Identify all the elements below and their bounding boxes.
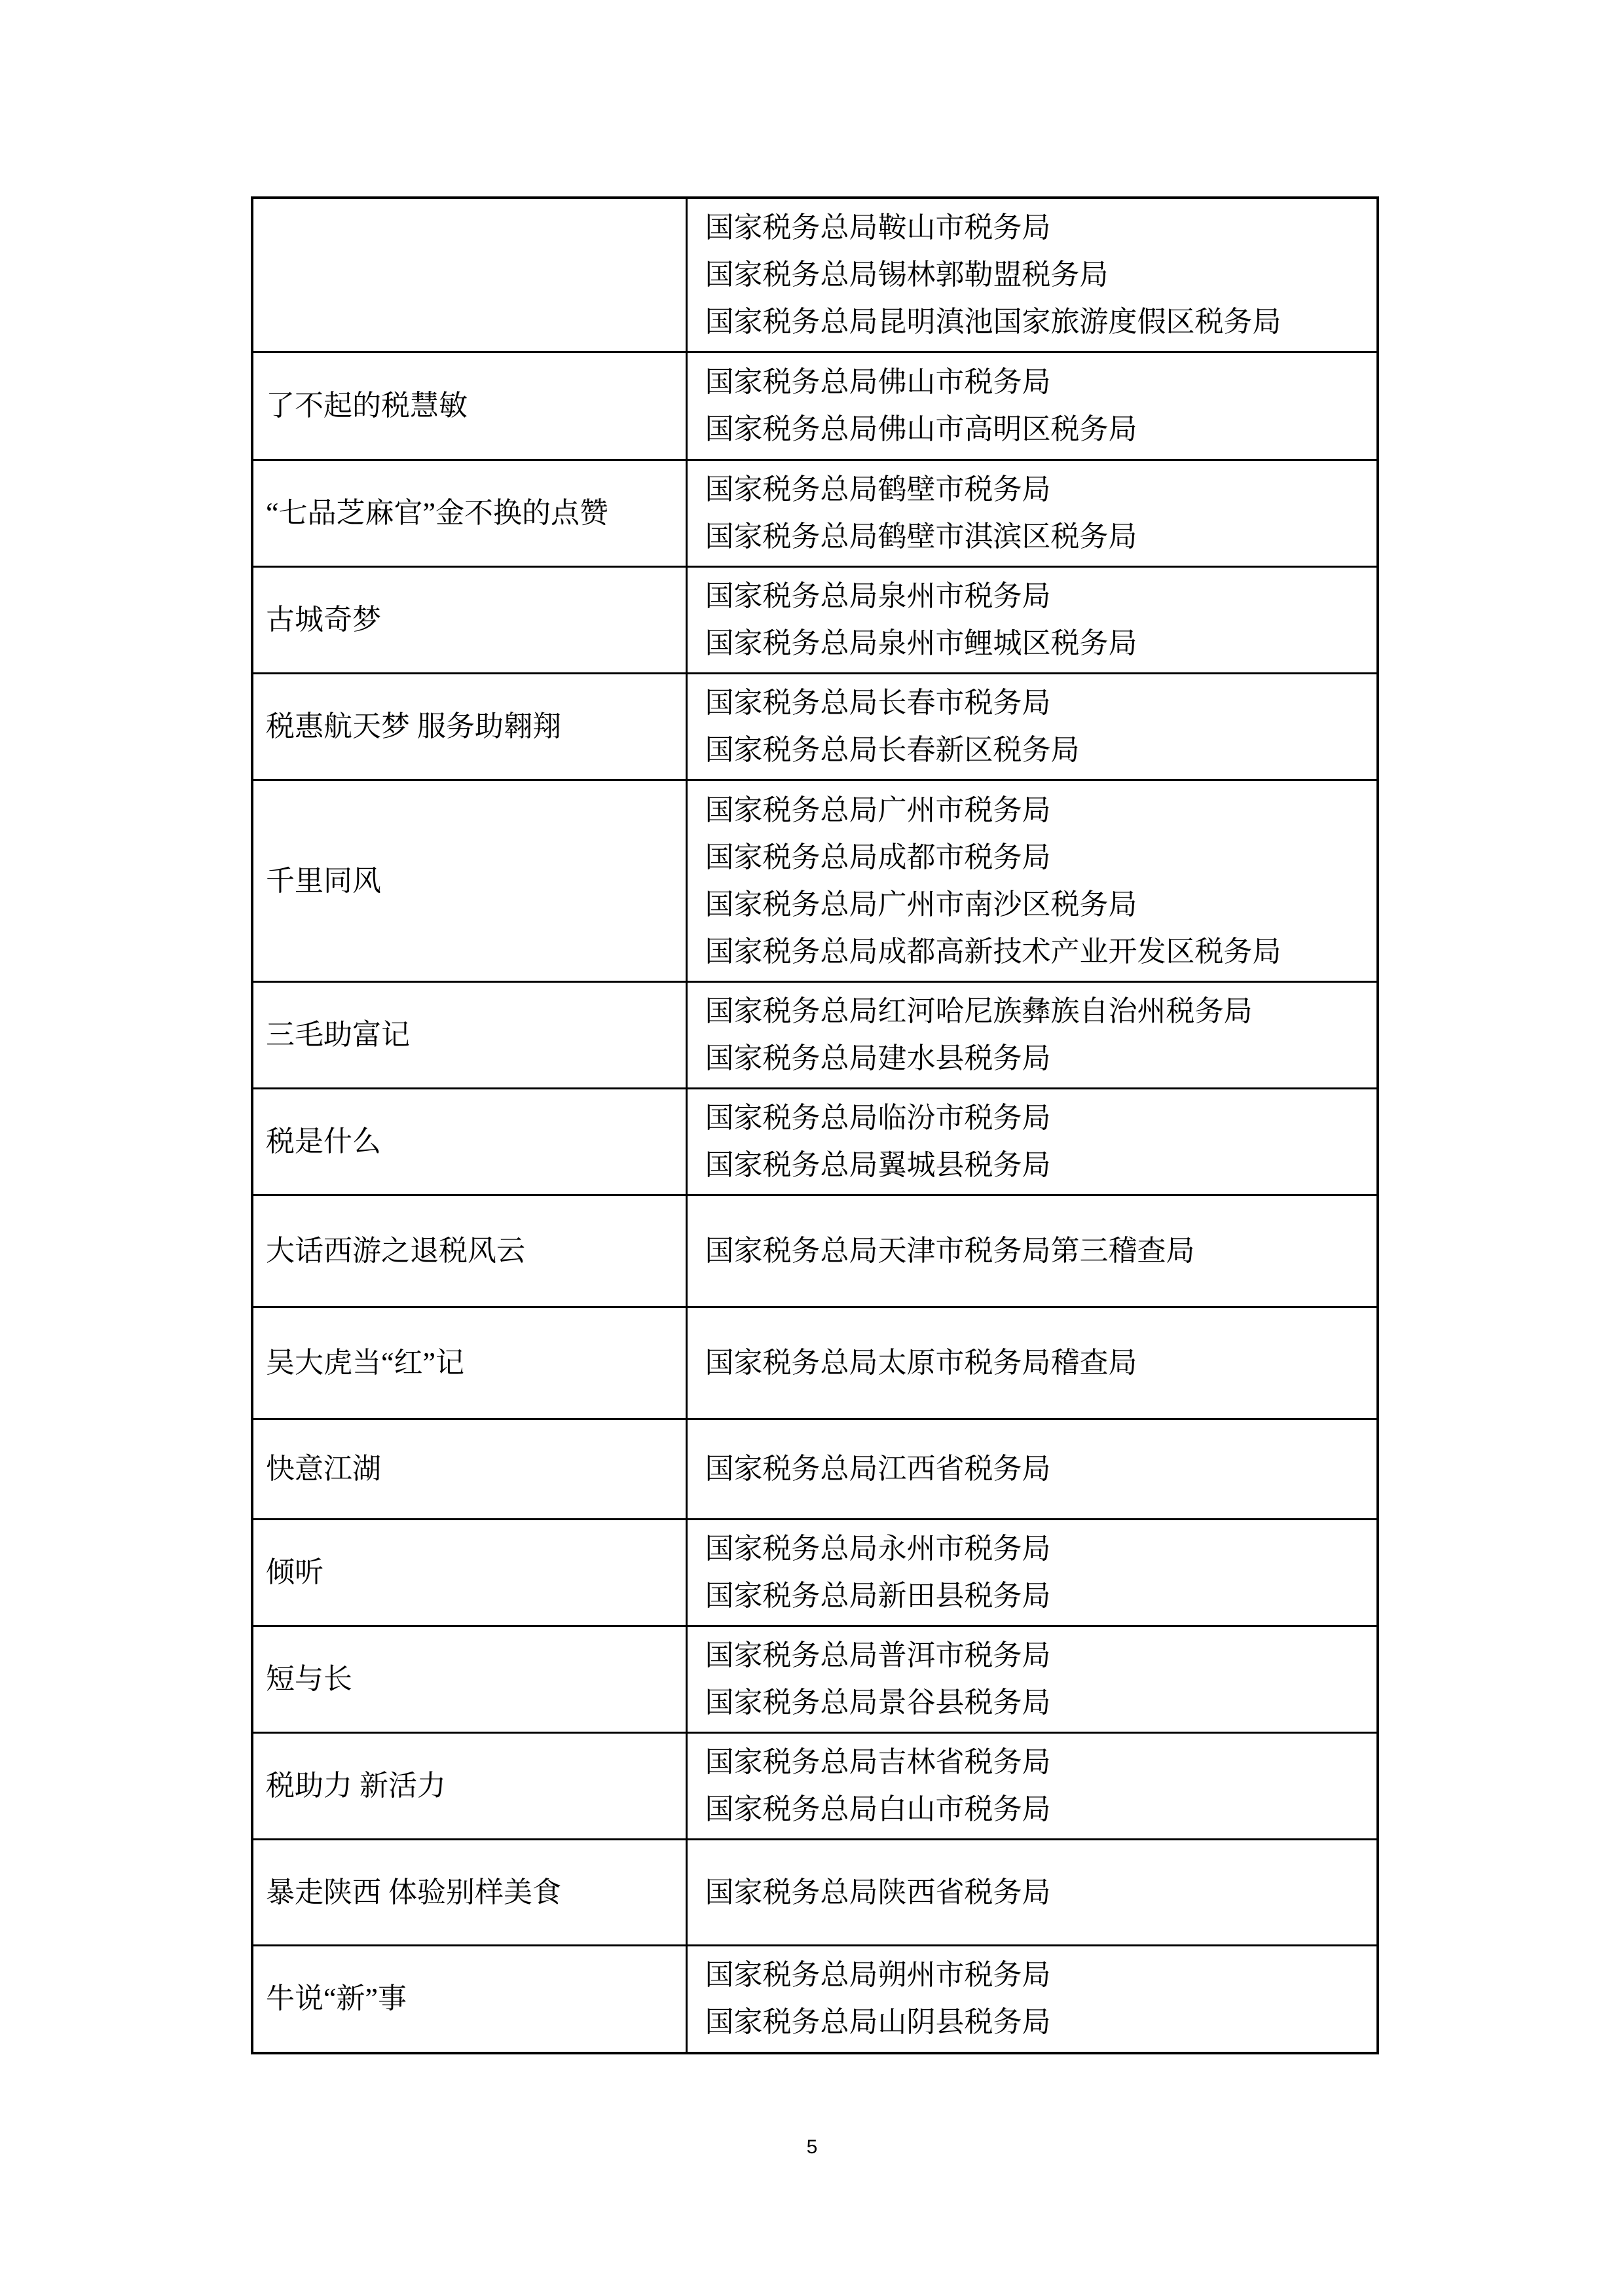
work-title-cell: 吴大虎当“红”记: [252, 1307, 686, 1419]
work-title: 倾听: [266, 1549, 623, 1596]
agency-cell: 国家税务总局佛山市税务局国家税务总局佛山市高明区税务局: [686, 352, 1378, 460]
work-title: 千里同风: [266, 858, 623, 905]
table-row: 古城奇梦国家税务总局泉州市税务局国家税务总局泉州市鲤城区税务局: [252, 567, 1378, 674]
agency-name: 国家税务总局太原市税务局稽查局: [705, 1339, 1364, 1387]
agency-cell: 国家税务总局天津市税务局第三稽查局: [686, 1195, 1378, 1307]
work-title: 暴走陕西 体验别样美食: [266, 1869, 623, 1916]
work-title: 税惠航天梦 服务助翱翔: [266, 703, 623, 750]
document-page: 国家税务总局鞍山市税务局国家税务总局锡林郭勒盟税务局国家税务总局昆明滇池国家旅游…: [0, 0, 1624, 2296]
work-title-cell: 古城奇梦: [252, 567, 686, 674]
work-title-cell: “七品芝麻官”金不换的点赞: [252, 460, 686, 567]
agency-name: 国家税务总局景谷县税务局: [705, 1679, 1364, 1726]
work-title-cell: 暴走陕西 体验别样美食: [252, 1840, 686, 1946]
work-title-cell: 千里同风: [252, 780, 686, 982]
table-row: “七品芝麻官”金不换的点赞国家税务总局鹤壁市税务局国家税务总局鹤壁市淇滨区税务局: [252, 460, 1378, 567]
table-row: 暴走陕西 体验别样美食国家税务总局陕西省税务局: [252, 1840, 1378, 1946]
table-row: 税惠航天梦 服务助翱翔国家税务总局长春市税务局国家税务总局长春新区税务局: [252, 674, 1378, 780]
agency-cell: 国家税务总局吉林省税务局国家税务总局白山市税务局: [686, 1733, 1378, 1840]
table-row: 大话西游之退税风云国家税务总局天津市税务局第三稽查局: [252, 1195, 1378, 1307]
agency-name: 国家税务总局白山市税务局: [705, 1786, 1364, 1833]
work-title: 大话西游之退税风云: [266, 1228, 623, 1275]
agency-name: 国家税务总局泉州市税务局: [705, 573, 1364, 620]
agency-name: 国家税务总局永州市税务局: [705, 1525, 1364, 1573]
agency-cell: 国家税务总局泉州市税务局国家税务总局泉州市鲤城区税务局: [686, 567, 1378, 674]
agency-cell: 国家税务总局陕西省税务局: [686, 1840, 1378, 1946]
work-title-cell: 税助力 新活力: [252, 1733, 686, 1840]
work-title: 了不起的税慧敏: [266, 382, 623, 429]
agency-name: 国家税务总局佛山市税务局: [705, 359, 1364, 406]
table-row: 国家税务总局鞍山市税务局国家税务总局锡林郭勒盟税务局国家税务总局昆明滇池国家旅游…: [252, 198, 1378, 352]
agency-name: 国家税务总局广州市南沙区税务局: [705, 881, 1364, 928]
agency-cell: 国家税务总局广州市税务局国家税务总局成都市税务局国家税务总局广州市南沙区税务局国…: [686, 780, 1378, 982]
agency-name: 国家税务总局锡林郭勒盟税务局: [705, 251, 1364, 299]
agency-name: 国家税务总局长春新区税务局: [705, 727, 1364, 774]
agency-name: 国家税务总局普洱市税务局: [705, 1632, 1364, 1679]
work-title: 短与长: [266, 1656, 623, 1703]
agency-name: 国家税务总局泉州市鲤城区税务局: [705, 620, 1364, 667]
work-title: 税助力 新活力: [266, 1762, 623, 1810]
agency-name: 国家税务总局山阴县税务局: [705, 1999, 1364, 2046]
award-table-body: 国家税务总局鞍山市税务局国家税务总局锡林郭勒盟税务局国家税务总局昆明滇池国家旅游…: [252, 198, 1378, 2053]
table-row: 了不起的税慧敏国家税务总局佛山市税务局国家税务总局佛山市高明区税务局: [252, 352, 1378, 460]
agency-name: 国家税务总局佛山市高明区税务局: [705, 406, 1364, 453]
agency-name: 国家税务总局临汾市税务局: [705, 1095, 1364, 1142]
table-row: 千里同风国家税务总局广州市税务局国家税务总局成都市税务局国家税务总局广州市南沙区…: [252, 780, 1378, 982]
agency-name: 国家税务总局广州市税务局: [705, 787, 1364, 834]
agency-name: 国家税务总局鞍山市税务局: [705, 204, 1364, 251]
page-number: 5: [0, 2133, 1624, 2162]
table-row: 短与长国家税务总局普洱市税务局国家税务总局景谷县税务局: [252, 1626, 1378, 1733]
agency-name: 国家税务总局长春市税务局: [705, 680, 1364, 727]
table-row: 牛说“新”事国家税务总局朔州市税务局国家税务总局山阴县税务局: [252, 1946, 1378, 2053]
work-title-cell: 短与长: [252, 1626, 686, 1733]
work-title-cell: 快意江湖: [252, 1419, 686, 1520]
table-row: 吴大虎当“红”记国家税务总局太原市税务局稽查局: [252, 1307, 1378, 1419]
agency-cell: 国家税务总局红河哈尼族彝族自治州税务局国家税务总局建水县税务局: [686, 982, 1378, 1089]
agency-name: 国家税务总局陕西省税务局: [705, 1869, 1364, 1916]
work-title: 税是什么: [266, 1118, 623, 1165]
agency-name: 国家税务总局昆明滇池国家旅游度假区税务局: [705, 299, 1364, 346]
work-title-cell: 三毛助富记: [252, 982, 686, 1089]
agency-name: 国家税务总局成都市税务局: [705, 834, 1364, 881]
agency-cell: 国家税务总局朔州市税务局国家税务总局山阴县税务局: [686, 1946, 1378, 2053]
agency-name: 国家税务总局鹤壁市税务局: [705, 466, 1364, 513]
table-row: 倾听国家税务总局永州市税务局国家税务总局新田县税务局: [252, 1520, 1378, 1626]
work-title-cell: 税惠航天梦 服务助翱翔: [252, 674, 686, 780]
agency-cell: 国家税务总局江西省税务局: [686, 1419, 1378, 1520]
agency-name: 国家税务总局新田县税务局: [705, 1573, 1364, 1620]
work-title-cell: 牛说“新”事: [252, 1946, 686, 2053]
agency-cell: 国家税务总局普洱市税务局国家税务总局景谷县税务局: [686, 1626, 1378, 1733]
work-title-cell: 税是什么: [252, 1089, 686, 1195]
table-row: 税助力 新活力国家税务总局吉林省税务局国家税务总局白山市税务局: [252, 1733, 1378, 1840]
work-title: “七品芝麻官”金不换的点赞: [266, 490, 623, 537]
table-row: 三毛助富记国家税务总局红河哈尼族彝族自治州税务局国家税务总局建水县税务局: [252, 982, 1378, 1089]
work-title: 快意江湖: [266, 1446, 623, 1493]
agency-name: 国家税务总局红河哈尼族彝族自治州税务局: [705, 988, 1364, 1035]
agency-cell: 国家税务总局临汾市税务局国家税务总局翼城县税务局: [686, 1089, 1378, 1195]
agency-name: 国家税务总局江西省税务局: [705, 1446, 1364, 1493]
agency-cell: 国家税务总局太原市税务局稽查局: [686, 1307, 1378, 1419]
agency-cell: 国家税务总局长春市税务局国家税务总局长春新区税务局: [686, 674, 1378, 780]
agency-name: 国家税务总局天津市税务局第三稽查局: [705, 1228, 1364, 1275]
agency-cell: 国家税务总局鹤壁市税务局国家税务总局鹤壁市淇滨区税务局: [686, 460, 1378, 567]
award-table: 国家税务总局鞍山市税务局国家税务总局锡林郭勒盟税务局国家税务总局昆明滇池国家旅游…: [251, 196, 1379, 2054]
agency-name: 国家税务总局朔州市税务局: [705, 1952, 1364, 1999]
work-title-cell: 大话西游之退税风云: [252, 1195, 686, 1307]
agency-cell: 国家税务总局鞍山市税务局国家税务总局锡林郭勒盟税务局国家税务总局昆明滇池国家旅游…: [686, 198, 1378, 352]
work-title: 牛说“新”事: [266, 1975, 623, 2022]
agency-cell: 国家税务总局永州市税务局国家税务总局新田县税务局: [686, 1520, 1378, 1626]
table-row: 税是什么国家税务总局临汾市税务局国家税务总局翼城县税务局: [252, 1089, 1378, 1195]
agency-name: 国家税务总局翼城县税务局: [705, 1142, 1364, 1189]
work-title-cell: 倾听: [252, 1520, 686, 1626]
agency-name: 国家税务总局吉林省税务局: [705, 1739, 1364, 1786]
agency-name: 国家税务总局鹤壁市淇滨区税务局: [705, 513, 1364, 560]
work-title: 古城奇梦: [266, 596, 623, 644]
work-title: 吴大虎当“红”记: [266, 1339, 623, 1387]
work-title-cell: [252, 198, 686, 352]
agency-name: 国家税务总局建水县税务局: [705, 1035, 1364, 1082]
agency-name: 国家税务总局成都高新技术产业开发区税务局: [705, 928, 1364, 975]
work-title: 三毛助富记: [266, 1011, 623, 1059]
work-title-cell: 了不起的税慧敏: [252, 352, 686, 460]
table-row: 快意江湖国家税务总局江西省税务局: [252, 1419, 1378, 1520]
